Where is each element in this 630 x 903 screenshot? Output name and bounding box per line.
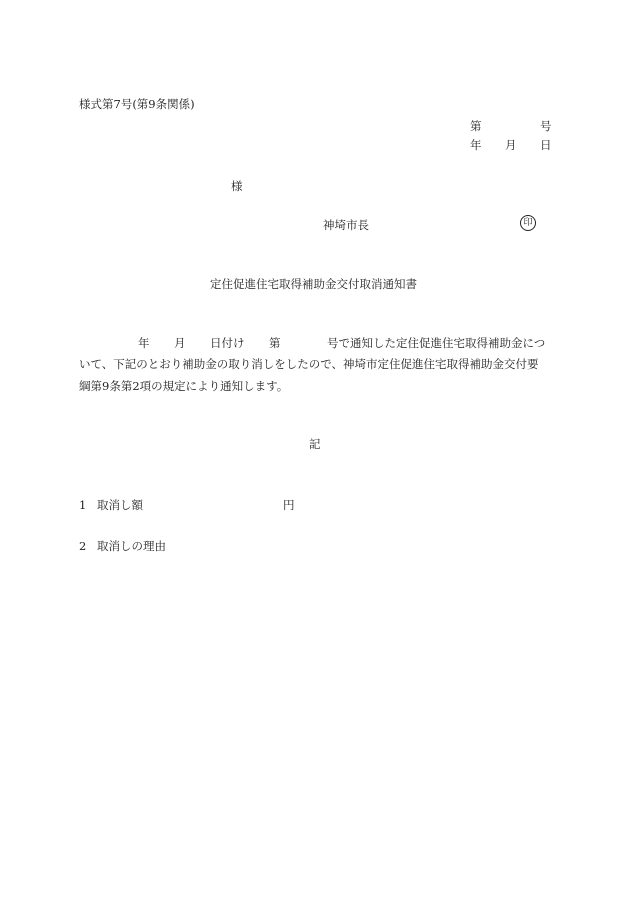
doc-number-prefix: 第 [470, 119, 482, 133]
item-number: 2 [79, 539, 86, 553]
seal-icon: 印 [520, 215, 536, 231]
body-no-prefix: 第 [269, 336, 281, 350]
date-year: 年 [470, 138, 482, 152]
item-number: 1 [79, 498, 86, 512]
body-line1-rest: 号で通知した定住促進住宅取得補助金につ [327, 336, 545, 350]
body-dated: 日付け [210, 336, 245, 350]
form-number: 様式第7号(第9条関係) [79, 97, 195, 111]
body-line2: いて、下記のとおり補助金の取り消しをしたので、神埼市定住促進住宅取得補助金交付要 [79, 357, 539, 371]
item-label: 取消しの理由 [97, 539, 166, 553]
body-line3: 綱第9条第2項の規定により通知します。 [79, 379, 288, 393]
date-month: 月 [505, 138, 517, 152]
addressee-suffix: 様 [231, 179, 243, 193]
item-label: 取消し額 [97, 498, 143, 512]
issuer-name: 神埼市長 [323, 218, 369, 232]
body-year: 年 [138, 336, 150, 350]
ki-heading: 記 [309, 437, 321, 451]
item-unit: 円 [283, 498, 295, 512]
date-day: 日 [540, 138, 552, 152]
document-title: 定住促進住宅取得補助金交付取消通知書 [210, 277, 417, 291]
doc-number-suffix: 号 [540, 119, 552, 133]
body-month: 月 [174, 336, 186, 350]
